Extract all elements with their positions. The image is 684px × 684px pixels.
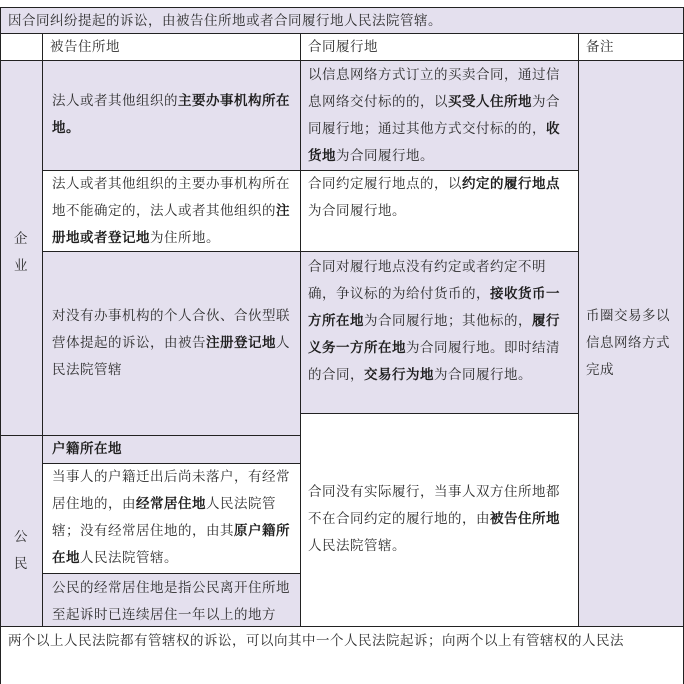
notes-cell: 币圈交易多以信息网络方式完成: [578, 60, 684, 626]
text: 为合同履行地。: [336, 148, 434, 164]
cell-text: 对没有办事机构的个人合伙、合伙型联营体提起的诉讼，由被告注册登记地人民法院管辖: [52, 303, 292, 384]
header-performance-place: 合同履行地: [300, 34, 578, 60]
cell-text: 户籍所在地: [52, 436, 122, 463]
no-performance-cell: 合同没有实际履行，当事人双方住所地都不在合同约定的履行地的，由被告住所地人民法院…: [300, 413, 578, 626]
text: 法人或者其他组织的: [52, 93, 178, 109]
border-header-bottom: [0, 60, 684, 61]
table-title-row: 因合同纠纷提起的诉讼，由被告住所地或者合同履行地人民法院管辖。: [0, 8, 684, 34]
text: 公民的经常居住地是指公民离开住所地至起诉时已连续居住一年以上的地方: [52, 580, 290, 623]
text: 合同约定履行地点的，以: [308, 176, 462, 192]
cell-text: 当事人的户籍迁出后尚未落户，有经常居住地的，由经常居住地人民法院管辖；没有经常居…: [52, 464, 292, 572]
header-blank-cell: [0, 34, 42, 60]
footer-text: 两个以上人民法院都有管辖权的诉讼，可以向其中一个人民法院起诉；向两个以上有管辖权…: [8, 633, 624, 649]
notes-text: 币圈交易多以信息网络方式完成: [586, 303, 676, 384]
bold-text: 约定的履行地点: [462, 176, 560, 192]
border-left: [0, 7, 1, 684]
border-row1-bottom: [42, 170, 578, 171]
bold-text: 经常居住地: [136, 496, 206, 512]
group-label-citizen: 公 民: [0, 435, 42, 626]
border-footer-top: [0, 626, 684, 627]
border-perf-row3-bottom: [300, 413, 578, 414]
text: 为住所地。: [150, 230, 220, 246]
border-enterprise-bottom: [0, 435, 300, 436]
border-title-bottom: [0, 33, 684, 34]
border-col1: [42, 33, 43, 626]
cell-text: 合同没有实际履行，当事人双方住所地都不在合同约定的履行地的，由被告住所地人民法院…: [308, 479, 570, 560]
header-notes: 备注: [578, 34, 684, 60]
text: 人民法院管辖。: [80, 550, 178, 566]
citizen-defendant-cell-2: 当事人的户籍迁出后尚未落户，有经常居住地的，由经常居住地人民法院管辖；没有经常居…: [42, 463, 300, 573]
text: 人民法院管辖。: [308, 538, 406, 554]
table-footer-row: 两个以上人民法院都有管辖权的诉讼，可以向其中一个人民法院起诉；向两个以上有管辖权…: [0, 626, 684, 684]
citizen-defendant-cell-3: 公民的经常居住地是指公民离开住所地至起诉时已连续居住一年以上的地方: [42, 573, 300, 626]
header-defendant-domicile: 被告住所地: [42, 34, 300, 60]
citizen-defendant-cell-1: 户籍所在地: [42, 435, 300, 463]
bold-text: 注册登记地: [206, 335, 276, 351]
cell-text: 合同对履行地点没有约定或者约定不明确，争议标的为给付货币的，接收货币一方所在地为…: [308, 254, 570, 389]
border-row2-bottom: [42, 251, 578, 252]
enterprise-defendant-cell-3: 对没有办事机构的个人合伙、合伙型联营体提起的诉讼，由被告注册登记地人民法院管辖: [42, 251, 300, 435]
cell-text: 法人或者其他组织的主要办事机构所在地。: [52, 88, 292, 142]
enterprise-performance-cell-1: 以信息网络方式订立的买卖合同，通过信息网络交付标的的，以买受人住所地为合同履行地…: [300, 60, 578, 170]
enterprise-defendant-cell-2: 法人或者其他组织的主要办事机构所在地不能确定的，法人或者其他组织的注册地或者登记…: [42, 170, 300, 251]
bold-text: 买受人住所地: [448, 94, 532, 110]
enterprise-defendant-cell-1: 法人或者其他组织的主要办事机构所在地。: [42, 60, 300, 170]
border-top: [0, 7, 684, 8]
border-col2: [300, 33, 301, 626]
bold-text: 交易行为地: [364, 367, 434, 383]
enterprise-performance-cell-3: 合同对履行地点没有约定或者约定不明确，争议标的为给付货币的，接收货币一方所在地为…: [300, 251, 578, 413]
cell-text: 以信息网络方式订立的买卖合同，通过信息网络交付标的的，以买受人住所地为合同履行地…: [308, 62, 570, 170]
text: 为合同履行地。: [308, 203, 406, 219]
border-citizen1-bottom: [42, 463, 300, 464]
group-label-enterprise: 企 业: [0, 60, 42, 435]
cell-text: 法人或者其他组织的主要办事机构所在地不能确定的，法人或者其他组织的注册地或者登记…: [52, 171, 292, 252]
cell-text: 公民的经常居住地是指公民离开住所地至起诉时已连续居住一年以上的地方: [52, 575, 292, 626]
enterprise-performance-cell-2: 合同约定履行地点的，以约定的履行地点为合同履行地。: [300, 170, 578, 251]
border-col3: [578, 33, 579, 626]
text: 为合同履行地。: [434, 367, 532, 383]
bold-text: 户籍所在地: [52, 441, 122, 457]
title-text: 因合同纠纷提起的诉讼，由被告住所地或者合同履行地人民法院管辖。: [8, 8, 442, 35]
cell-text: 合同约定履行地点的，以约定的履行地点为合同履行地。: [308, 171, 570, 225]
bold-text: 被告住所地: [490, 511, 560, 527]
border-citizen2-bottom: [42, 573, 300, 574]
text: 为合同履行地；其他标的，: [364, 313, 532, 329]
text: 法人或者其他组织的主要办事机构所在地不能确定的，法人或者其他组织的: [52, 176, 290, 219]
